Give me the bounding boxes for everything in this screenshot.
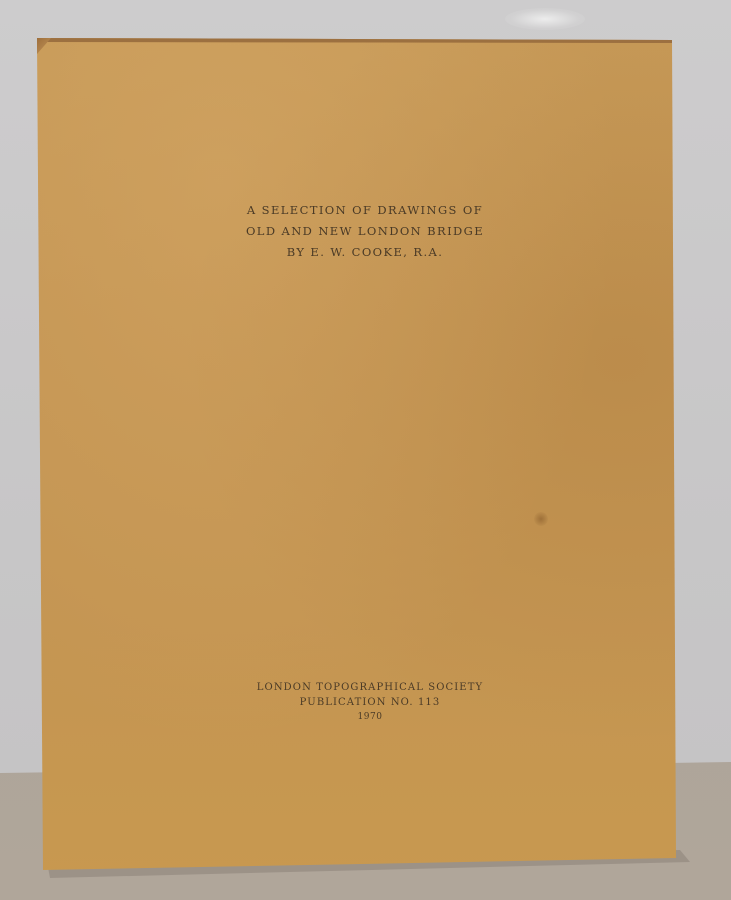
stain-spot — [534, 512, 548, 526]
booklet-cover — [0, 0, 731, 900]
publisher-name: LONDON TOPOGRAPHICAL SOCIETY — [220, 680, 520, 695]
publication-year: 1970 — [220, 710, 520, 725]
wall-light-glare — [505, 8, 585, 30]
cover-imprint: LONDON TOPOGRAPHICAL SOCIETY PUBLICATION… — [220, 680, 520, 725]
title-line-author: BY E. W. COOKE, R.A. — [200, 242, 530, 263]
title-line-2: OLD AND NEW LONDON BRIDGE — [200, 221, 530, 242]
publication-number: PUBLICATION NO. 113 — [220, 695, 520, 710]
title-line-1: A SELECTION OF DRAWINGS OF — [200, 200, 530, 221]
cover-title: A SELECTION OF DRAWINGS OF OLD AND NEW L… — [200, 200, 530, 263]
